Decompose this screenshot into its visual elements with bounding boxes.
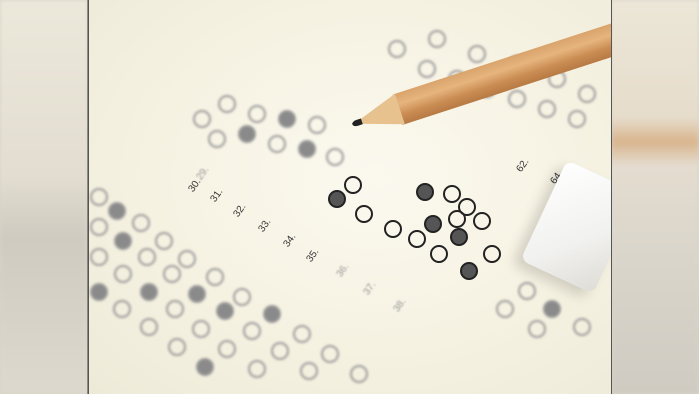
answer-bubble-filled [108,202,126,220]
answer-bubble-filled [238,125,256,143]
answer-bubble [308,116,326,134]
answer-bubble [528,320,546,338]
answer-bubble [430,245,448,263]
answer-bubble [518,282,536,300]
question-number: 37. [361,280,378,298]
answer-bubble [243,322,261,340]
answer-bubble [163,265,181,283]
question-number: 38. [391,297,408,315]
answer-bubble [448,210,466,228]
answer-bubble [138,248,156,266]
answer-bubble [218,95,236,113]
answer-bubble [568,110,586,128]
answer-bubble-filled [90,283,108,301]
answer-bubble-filled [416,183,434,201]
question-number: 35. [304,247,321,265]
answer-bubble [90,188,108,206]
answer-bubble [248,360,266,378]
answer-bubble-filled [450,228,468,246]
answer-bubble [140,318,158,336]
answer-sheet-photo: 29. 30. 31. 32. 33. 34. 35. 36. 37. 38. … [88,0,611,394]
answer-bubble-filled [188,285,206,303]
answer-bubble [206,268,224,286]
answer-bubble-filled [216,302,234,320]
frame-left-edge [88,0,89,394]
answer-bubble [408,230,426,248]
answer-bubble [355,205,373,223]
answer-bubble [132,214,150,232]
answer-bubble [114,265,132,283]
answer-bubble [573,318,591,336]
answer-bubble [155,232,173,250]
answer-bubble [248,105,266,123]
answer-bubble [178,250,196,268]
answer-bubble [168,338,186,356]
answer-bubble [218,340,236,358]
answer-bubble [578,85,596,103]
question-number: 33. [256,217,273,235]
answer-bubble-filled [543,300,561,318]
answer-bubble [496,300,514,318]
answer-bubble [321,345,339,363]
answer-bubble [428,30,446,48]
answer-bubble [344,176,362,194]
answer-bubble [443,185,461,203]
answer-bubble [233,288,251,306]
answer-bubble [384,220,402,238]
question-number: 31. [208,187,225,205]
answer-bubble [326,148,344,166]
answer-bubble-filled [278,110,296,128]
answer-bubble [300,362,318,380]
answer-bubble [538,100,556,118]
left-blurred-border [0,0,88,394]
answer-bubble-filled [298,140,316,158]
answer-bubble [388,40,406,58]
right-blurred-border [611,0,699,394]
answer-bubble-filled [196,358,214,376]
answer-bubble [508,90,526,108]
question-number: 62. [514,157,531,175]
answer-bubble-filled [460,262,478,280]
answer-bubble [113,300,131,318]
answer-bubble-filled [328,190,346,208]
answer-bubble [473,212,491,230]
answer-bubble [192,320,210,338]
answer-bubble [268,135,286,153]
answer-bubble-filled [114,232,132,250]
question-number: 36. [334,262,351,280]
answer-bubble [483,245,501,263]
frame-right-edge [611,0,612,394]
answer-bubble [90,248,108,266]
answer-bubble-filled [140,283,158,301]
answer-bubble [293,325,311,343]
answer-bubble-filled [424,215,442,233]
answer-bubble-filled [263,305,281,323]
answer-bubble [90,218,108,236]
answer-bubble [271,342,289,360]
answer-bubble [166,300,184,318]
question-number: 32. [231,202,248,220]
answer-bubble [350,365,368,383]
question-number: 34. [281,232,298,250]
answer-bubble [193,110,211,128]
answer-bubble [208,130,226,148]
